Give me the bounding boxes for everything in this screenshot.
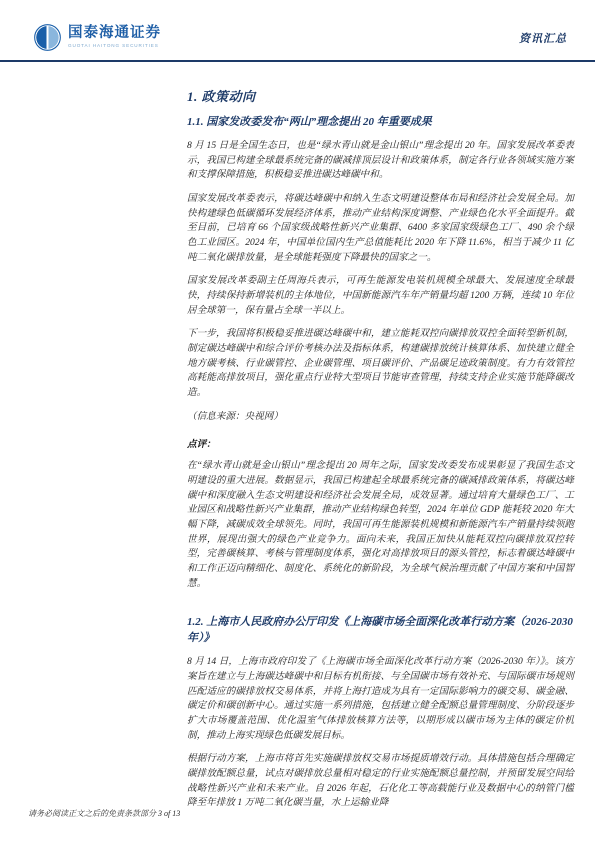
paragraph: 8 月 15 日是全国生态日，也是“绿水青山就是金山银山”理念提出 20 年。国… bbox=[187, 139, 574, 183]
company-logo-text: 国泰海通证券 GUOTAI HAITONG SECURITIES bbox=[68, 26, 161, 48]
page-header: 国泰海通证券 GUOTAI HAITONG SECURITIES 资讯汇总 bbox=[0, 0, 595, 62]
paragraph: 国家发展改革委表示，将碳达峰碳中和纳入生态文明建设整体布局和经济社会发展全局。加… bbox=[187, 192, 574, 265]
info-source: （信息来源：央视网） bbox=[187, 410, 574, 425]
company-logo-icon bbox=[34, 24, 61, 51]
header-divider bbox=[0, 60, 595, 62]
comment-paragraph: 在“绿水青山就是金山银山”理念提出 20 周年之际，国家发改委发布成果彰显了我国… bbox=[187, 459, 574, 591]
report-category-tag: 资讯汇总 bbox=[519, 30, 567, 46]
section-heading-policy: 1. 政策动向 bbox=[187, 86, 574, 105]
subsection-heading-1-2: 1.2. 上海市人民政府办公厅印发《上海碳市场全面深化改革行动方案（2026-2… bbox=[187, 615, 574, 647]
report-page: 国泰海通证券 GUOTAI HAITONG SECURITIES 资讯汇总 1.… bbox=[0, 0, 595, 841]
subsection-heading-1-1: 1.1. 国家发改委发布“两山”理念提出 20 年重要成果 bbox=[187, 115, 574, 131]
footer-disclaimer: 请务必阅读正文之后的免责条款部分 3 of 13 bbox=[28, 808, 180, 819]
paragraph: 8 月 14 日，上海市政府印发了《上海碳市场全面深化改革行动方案（2026-2… bbox=[187, 655, 574, 743]
paragraph: 下一步，我国将积极稳妥推进碳达峰碳中和，建立能耗双控向碳排放双控全面转型新机制，… bbox=[187, 327, 574, 400]
paragraph: 国家发展改革委副主任周海兵表示，可再生能源发电装机规模全球最大、发展速度全球最快… bbox=[187, 274, 574, 318]
report-body: 1. 政策动向 1.1. 国家发改委发布“两山”理念提出 20 年重要成果 8 … bbox=[187, 86, 574, 820]
comment-label: 点评： bbox=[187, 436, 574, 450]
company-logo: 国泰海通证券 GUOTAI HAITONG SECURITIES bbox=[34, 24, 161, 51]
company-name-en: GUOTAI HAITONG SECURITIES bbox=[68, 44, 161, 49]
company-name-cn: 国泰海通证券 bbox=[68, 26, 161, 41]
paragraph: 根据行动方案，上海市将首先实施碳排放权交易市场提质增效行动。具体措施包括合理确定… bbox=[187, 752, 574, 811]
